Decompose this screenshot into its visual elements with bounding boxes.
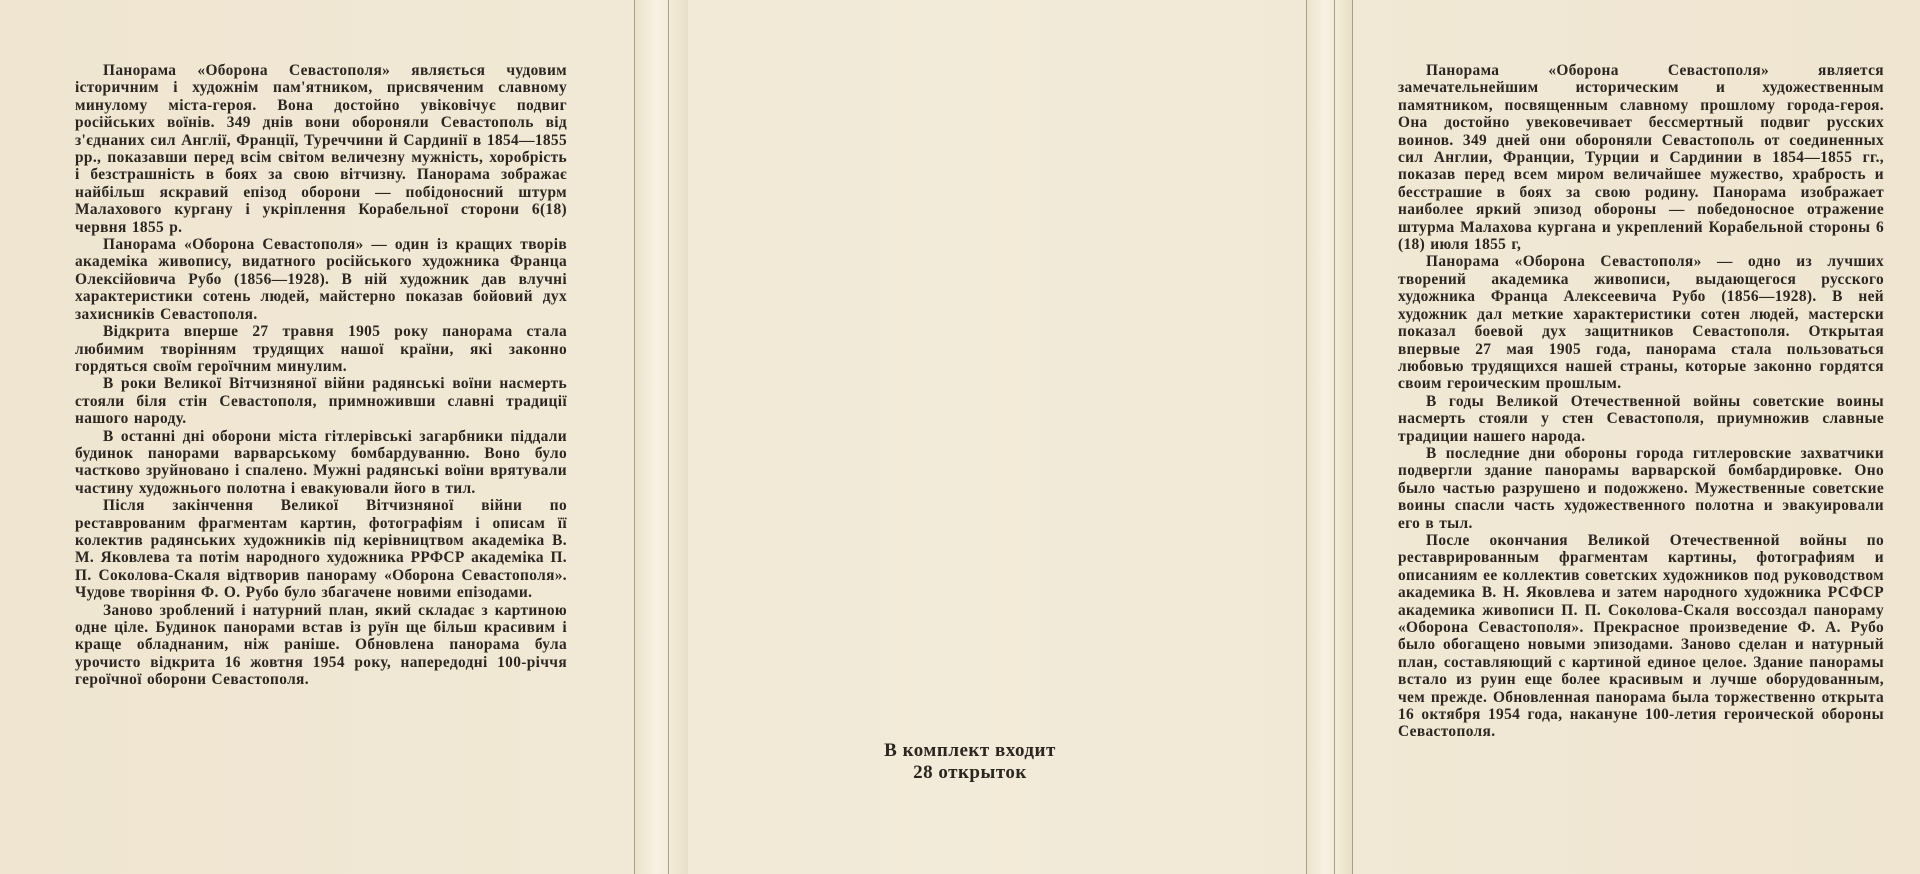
ukrainian-paragraph: Відкрита вперше 27 травня 1905 року пано… [75, 323, 567, 375]
ukrainian-paragraph: В останні дні оборони міста гітлерівські… [75, 428, 567, 498]
right-fold-crease-2 [1334, 0, 1335, 874]
left-fold [635, 0, 688, 874]
set-contents-line-1: В комплект входит [820, 740, 1120, 762]
left-fold-crease-2 [668, 0, 669, 874]
ukrainian-text-block: Панорама «Оборона Севастополя» являється… [75, 62, 567, 689]
russian-text-block: Панорама «Оборона Севастополя» является … [1398, 62, 1884, 741]
right-fold [1306, 0, 1352, 874]
set-contents-line-2: 28 открыток [820, 762, 1120, 784]
russian-paragraph: После окончания Великой Отечественной во… [1398, 532, 1884, 741]
ukrainian-paragraph: Панорама «Оборона Севастополя» — один із… [75, 236, 567, 323]
right-fold-crease-1 [1306, 0, 1307, 874]
folded-leaflet: Панорама «Оборона Севастополя» являється… [0, 0, 1920, 874]
ukrainian-paragraph: Після закінчення Великої Вітчизняної вій… [75, 497, 567, 601]
russian-paragraph: В годы Великой Отечественной войны совет… [1398, 393, 1884, 445]
russian-paragraph: Панорама «Оборона Севастополя» — одно из… [1398, 253, 1884, 392]
set-contents-note: В комплект входит 28 открыток [820, 740, 1120, 784]
russian-paragraph: В последние дни обороны города гитлеровс… [1398, 445, 1884, 532]
ukrainian-paragraph: Панорама «Оборона Севастополя» являється… [75, 62, 567, 236]
ukrainian-paragraph: Заново зроблений і натурний план, який с… [75, 602, 567, 689]
russian-paragraph: Панорама «Оборона Севастополя» является … [1398, 62, 1884, 253]
ukrainian-paragraph: В роки Великої Вітчизняної війни радянсь… [75, 375, 567, 427]
